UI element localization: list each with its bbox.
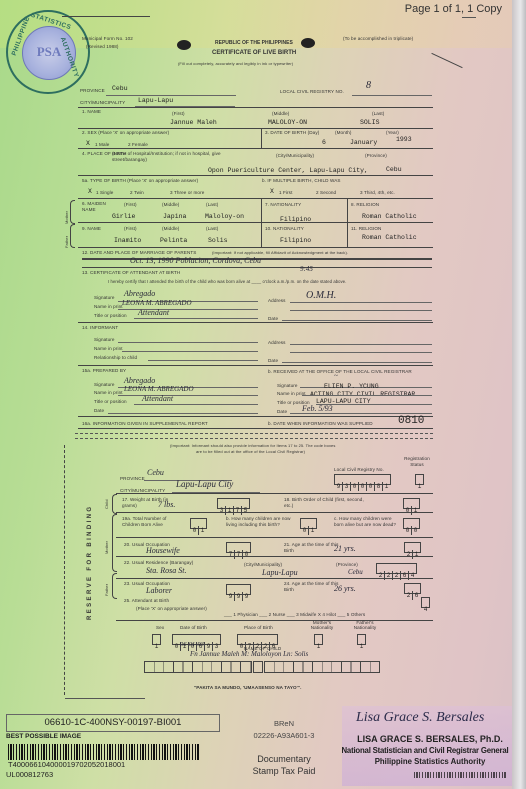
- form-border-top: [78, 107, 433, 108]
- child-first-name: Jannue Maleh: [170, 119, 217, 126]
- dob-year-label: (Year): [386, 130, 399, 135]
- prepared-label: 15a. PREPARED BY: [82, 368, 126, 373]
- signatory-title: National Statistician and Civil Registra…: [330, 746, 520, 755]
- mnat-code-box: 1: [314, 634, 323, 645]
- middle-initial-box: [253, 661, 263, 673]
- attendant-title-line: [134, 318, 258, 319]
- bren-label: BReN: [244, 719, 324, 728]
- type-label: 5a. TYPE OF BIRTH (Place 'X' on appropri…: [82, 178, 198, 183]
- residence-boxes: 22264: [376, 563, 417, 574]
- rule-3: [78, 175, 433, 176]
- ul-number: UL000812763: [6, 770, 53, 779]
- informant-address-line-2: [290, 352, 432, 353]
- sex-mark: X: [86, 140, 90, 147]
- mother-religion-label: 8. RELIGION: [351, 202, 379, 207]
- coding-status-label: Registration Status: [400, 456, 434, 468]
- informant-date-label: Date: [268, 358, 278, 363]
- code-cell: 3: [343, 482, 351, 491]
- received-label: b. RECEIVED AT THE OFFICE OF THE LOCAL C…: [268, 369, 412, 374]
- pen-mark: [431, 53, 462, 68]
- prepared-title-line: [134, 404, 258, 405]
- sex-code-label: Sex: [156, 625, 164, 630]
- attendant-code-box: 4: [421, 597, 430, 608]
- certificate-title: CERTIFICATE OF LIVE BIRTH: [212, 50, 296, 56]
- binding-bottom-line: [65, 698, 145, 699]
- rule-8: [78, 322, 433, 323]
- coding-lcr-boxes: 9300081: [334, 474, 391, 485]
- code-cell: 2: [405, 550, 413, 559]
- multiple-second: 2 Second: [316, 190, 336, 195]
- prepared-title: Attendant: [142, 394, 173, 403]
- code-cell: 9: [243, 592, 250, 601]
- dob-hand: 06-01-93: [180, 641, 204, 648]
- multiple-first: 1 First: [279, 190, 292, 195]
- code-cell: 1: [358, 642, 365, 651]
- city-value: Lapu-Lapu: [138, 97, 173, 104]
- marriage-label: 12. DATE AND PLACE OF MARRIAGE OF PARENT…: [82, 250, 196, 255]
- weight-hand: 7 lbs.: [158, 500, 175, 509]
- father-first: Inamito: [114, 237, 141, 244]
- child-last-name: SOLIS: [360, 119, 380, 126]
- attendant-signature: Abregado: [124, 289, 155, 298]
- attendant-at-birth-hint: (Place 'X' on appropriate answer): [136, 606, 207, 611]
- coding-note-2: are to be filled out at the office of th…: [196, 449, 305, 454]
- prepared-name: LEONA M. ABREGADO: [124, 385, 194, 393]
- father-last: Solis: [208, 237, 228, 244]
- informant-signature-label: Signature: [94, 337, 115, 342]
- m-age: 21 yrs.: [334, 544, 356, 553]
- dob-code-label: Date of Birth: [180, 625, 207, 630]
- triplicate-note: (To be accomplished in triplicate): [343, 36, 413, 41]
- informant-label: 14. INFORMANT: [82, 325, 118, 330]
- coding-mother-label: Mother: [104, 541, 109, 554]
- dead-boxes: 00: [403, 518, 420, 529]
- rule-9: [78, 365, 433, 366]
- rule-6: [78, 247, 433, 248]
- coding-rule-3: [116, 537, 433, 538]
- best-possible-image: BEST POSSIBLE IMAGE: [6, 733, 81, 740]
- sex-divider: [261, 128, 262, 148]
- form-number: Municipal Form No. 102: [82, 36, 133, 41]
- child-middle-name: MALOLOY-ON: [268, 119, 307, 126]
- rule-4: [78, 198, 433, 199]
- coding-rule-1: [116, 493, 433, 494]
- attendant-address-label: Address: [268, 298, 286, 303]
- code-cell: 9: [335, 482, 343, 491]
- code-cell: 0: [404, 526, 412, 535]
- sex-female-option: 2 Female: [128, 142, 148, 147]
- code-cell: 0: [243, 550, 250, 559]
- attendant-label: 13. CERTIFICATE OF ATTENDANT AT BIRTH: [82, 270, 180, 275]
- bren-value: 02226-A93A601-3: [236, 731, 332, 740]
- code-cell: 1: [416, 482, 423, 491]
- m-occupation-boxes: 770: [226, 542, 251, 553]
- received-name-line: [302, 395, 432, 396]
- received-date: Feb. 5/93: [302, 404, 333, 413]
- pob-province: Cebu: [386, 166, 402, 173]
- doc-stamp-line-2: Stamp Tax Paid: [236, 766, 332, 776]
- weight-boxes: 3175: [217, 498, 250, 509]
- name-first-label: (First): [172, 111, 185, 116]
- supplied-value: 0810: [398, 415, 424, 427]
- code-cell: 1: [383, 482, 390, 491]
- type-triplet: 3 Three or more: [170, 190, 204, 195]
- father-last-label: (Last): [206, 226, 218, 231]
- code-cell: 0: [367, 482, 375, 491]
- received-signature-label: Signature: [277, 383, 298, 388]
- pob-hint: (Name of Hospital/Institution; if not in…: [94, 151, 252, 163]
- mother-code-brace: [112, 514, 117, 572]
- attendant-address-line-2: [290, 310, 432, 311]
- province-line: [106, 95, 236, 96]
- signatory-name: LISA GRACE S. BERSALES, Ph.D.: [340, 734, 520, 744]
- mother-brace: [70, 200, 75, 224]
- mother-middle: Japina: [163, 213, 186, 220]
- republic-label: REPUBLIC OF THE PHILIPPINES: [215, 40, 293, 46]
- dead-label: c. How many children were born alive but…: [334, 516, 400, 528]
- coding-province-label: PROVINCE: [120, 476, 145, 481]
- prepared-date-label: Date: [94, 408, 104, 413]
- coding-city: Lapu-Lapu City: [176, 479, 233, 489]
- mother-first-label: (First): [124, 202, 137, 207]
- pob-code-label: Place of Birth: [244, 625, 273, 630]
- living-label: b. How many children are now living incl…: [226, 516, 296, 528]
- punch-hole-right: [301, 38, 315, 48]
- mother-name-label: 6. MAIDEN NAME: [82, 201, 108, 213]
- mother-last-label: (Last): [206, 202, 218, 207]
- supplied-label: b. DATE WHEN INFORMATION WAS SUPPLIED: [268, 421, 373, 426]
- code-cell: 7: [234, 506, 242, 515]
- f-occupation: Laborer: [146, 586, 172, 595]
- attendant-signature-label: Signature: [94, 295, 115, 300]
- reserve-for-binding-label: RESERVE FOR BINDING: [87, 505, 93, 621]
- code-cell: 0: [412, 526, 419, 535]
- code-cell: 6: [413, 591, 420, 600]
- rule-10: [78, 416, 433, 417]
- pob-code-boxes: 07226: [237, 634, 278, 645]
- attendant-date-label: Date: [268, 316, 278, 321]
- signatory-org: Philippine Statistics Authority: [340, 757, 520, 766]
- form-revised: (Revised 1988): [86, 44, 119, 49]
- mother-last: Maloloy-on: [205, 213, 244, 220]
- attendant-statement: I hereby certify that I attended the bir…: [108, 279, 347, 284]
- father-middle: Pelinta: [160, 237, 187, 244]
- dob-label: 3. DATE OF BIRTH (Day): [265, 130, 319, 135]
- code-cell: 1: [412, 506, 419, 515]
- coding-province: Cebu: [147, 468, 164, 477]
- dob-month: January: [350, 139, 377, 146]
- father-section-label: Father: [64, 236, 69, 248]
- psa-seal: PSA PHILIPPINE STATISTICS AUTHORITY: [6, 10, 90, 94]
- father-nationality-label: 10. NATIONALITY: [265, 226, 304, 231]
- mother-middle-label: (Middle): [162, 202, 179, 207]
- registrar-signature: Lisa Grace S. Bersales: [356, 710, 484, 726]
- father-brace: [70, 224, 75, 248]
- res-province-label: (Province): [336, 562, 358, 567]
- type-single: 1 Single: [96, 190, 113, 195]
- coding-child-label: Child: [104, 499, 109, 509]
- informant-date-line: [282, 362, 432, 363]
- sex-label: 2. SEX (Place 'X' on appropriate answer): [82, 130, 169, 135]
- attendant-at-birth-label: 25. Attendant at Birth: [124, 598, 169, 603]
- code-cell: 4: [422, 605, 429, 614]
- code-cell: 7: [227, 550, 235, 559]
- father-middle-label: (Middle): [162, 226, 179, 231]
- tear-line-1: [75, 433, 433, 434]
- coding-rule-2: [116, 512, 433, 513]
- marriage-hint: (Important: If not applicable, fill Affi…: [212, 250, 348, 255]
- attendant-name: LEONA M. ABREGADO: [122, 299, 192, 307]
- name-of-child-boxes: [144, 661, 380, 673]
- code-cell: 0: [301, 526, 309, 535]
- order-label: 18. Birth Order of Child (first, second,…: [284, 497, 364, 509]
- father-religion-label: 11. RELIGION: [351, 226, 381, 231]
- res-city-label: (City/Municipality): [244, 562, 282, 567]
- code-cell: 3: [218, 506, 226, 515]
- top-rule: [62, 16, 150, 17]
- name-last-label: (Last): [372, 111, 384, 116]
- received-date-label: Date: [277, 409, 287, 414]
- marriage-value: Oct. 13, 1990 Poblacion, Cordova, Cebu: [130, 256, 261, 265]
- fnat-code-label: Father's Nationality: [348, 620, 382, 630]
- doc-stamp-line-1: Documentary: [236, 754, 332, 764]
- page-underline: [462, 17, 476, 18]
- code-cell: 9: [235, 592, 243, 601]
- last-name-boxes: [264, 661, 380, 673]
- father-nationality: Filipino: [280, 237, 311, 244]
- fill-instruction: (Fill out completely, accurately and leg…: [178, 61, 293, 66]
- mother-first: Girlie: [112, 213, 135, 220]
- child-brace: [112, 494, 117, 514]
- pob-city-label: (City/Municipality): [276, 153, 314, 158]
- page-indicator: Page 1 of 1, 1 Copy: [405, 3, 502, 15]
- rule-7: [82, 267, 432, 268]
- code-cell: 1: [315, 642, 322, 651]
- total-born-label: 19a. Total Number of Children Born Alive: [122, 516, 176, 528]
- order-boxes: 01: [403, 498, 420, 509]
- rule-2: [78, 148, 433, 149]
- coding-status-box: 1: [415, 474, 424, 485]
- barcode: [8, 744, 200, 760]
- province-value: Cebu: [112, 85, 128, 92]
- attendant-title: Attendant: [138, 308, 169, 317]
- sex-male-option: 1 Male: [95, 142, 109, 147]
- dob-day: 6: [322, 139, 326, 146]
- name-middle-label: (Middle): [272, 111, 289, 116]
- small-barcode: [414, 772, 506, 778]
- attendant-options: ___ 1 Physician ___ 2 Nurse ___ 3 Midwif…: [224, 612, 365, 617]
- coding-father-label: Father: [104, 584, 109, 596]
- code-cell: 1: [413, 550, 420, 559]
- barcode-text: T400066104000019702052018001: [8, 760, 125, 769]
- first-name-boxes: [144, 661, 252, 673]
- received-title-line: [316, 404, 432, 405]
- coding-rule-6: [116, 620, 433, 621]
- dob-month-label: (Month): [335, 130, 352, 135]
- pob-value: Opon Puericulture Center, Lapu-Lapu City…: [208, 167, 368, 174]
- father-code-brace: [112, 573, 117, 599]
- attendant-address-line-1: [290, 302, 432, 303]
- informant-name-label: Name in print: [94, 346, 123, 351]
- prepared-title-label: Title or position: [94, 399, 127, 404]
- lcr-value: 8: [366, 80, 371, 91]
- total-born-boxes: 01: [190, 518, 207, 529]
- attendant-time: 9:45: [300, 265, 313, 273]
- received-signature: ~: [334, 372, 338, 380]
- code-cell: 2: [405, 591, 413, 600]
- informant-name-line: [122, 351, 258, 352]
- multiple-mark: X: [270, 188, 274, 195]
- residence-label: 22. Usual Residence (Barangay): [124, 560, 193, 565]
- code-cell: 1: [153, 642, 160, 651]
- informant-relationship-line: [148, 360, 258, 361]
- tear-line-2: [75, 438, 433, 439]
- father-religion: Roman Catholic: [362, 234, 417, 241]
- fnat-code-box: 1: [357, 634, 366, 645]
- supplemental-label: 16a. INFORMATION GIVEN IN SUPPLEMENTAL R…: [82, 421, 208, 426]
- binding-margin-line: [64, 445, 65, 695]
- residence: Sta. Rosa St.: [146, 566, 186, 575]
- mother-section-label: Mother: [64, 211, 69, 224]
- res-city: Lapu-Lapu: [262, 568, 298, 577]
- attendant-title-label: Title or position: [94, 313, 127, 318]
- rule-5: [78, 222, 433, 223]
- multiple-third: 3 Third, 4th, etc.: [360, 190, 395, 195]
- type-twin: 2 Twin: [130, 190, 144, 195]
- coding-note-1: (Important: Informant should also provid…: [170, 443, 335, 448]
- code-cell: 1: [309, 526, 316, 535]
- province-label: PROVINCE: [80, 88, 105, 93]
- city-label: CITY/MUNICIPALITY: [80, 100, 125, 105]
- name-of-child-hand: Fn Jannue Maleh M: Maloloyon Ln: Solis: [190, 650, 308, 658]
- coding-rule-4: [116, 556, 433, 557]
- type-mark: X: [88, 188, 92, 195]
- scanner-edge: [512, 0, 526, 789]
- prepared-signature-label: Signature: [94, 382, 115, 387]
- lcr-line: [352, 95, 432, 96]
- code-cell: 0: [191, 526, 199, 535]
- prepared-name-line: [118, 395, 258, 396]
- slogan: "PAKITA SA MUNDO, 'UMAASENSO NA TAYO'".: [194, 685, 302, 690]
- punch-hole-left: [177, 40, 191, 50]
- attendant-date-line: [282, 320, 432, 321]
- parents-divider-1: [261, 198, 262, 248]
- res-province: Cebu: [348, 568, 363, 576]
- informant-address-label: Address: [268, 340, 286, 345]
- control-number: 06610-1C-400NSY-00197-BI001: [6, 714, 220, 732]
- informant-relationship-label: Relationship to child: [94, 355, 137, 360]
- f-age-boxes: 26: [404, 583, 421, 594]
- name-label: 1. NAME: [82, 109, 101, 114]
- code-cell: 0: [351, 482, 359, 491]
- mother-nationality-label: 7. NATIONALITY: [265, 202, 301, 207]
- code-cell: 1: [226, 506, 234, 515]
- m-occupation: Housewife: [146, 546, 180, 555]
- informant-signature-line: [118, 342, 258, 343]
- mother-religion: Roman Catholic: [362, 213, 417, 220]
- coding-lcr-label: Local Civil Registry No.: [334, 467, 384, 472]
- living-boxes: 01: [300, 518, 317, 529]
- code-cell: 8: [375, 482, 383, 491]
- m-age-boxes: 21: [404, 542, 421, 553]
- code-cell: 7: [235, 550, 243, 559]
- dob-year: 1993: [396, 136, 412, 143]
- received-date-line: [290, 413, 432, 414]
- sex-code-box: 1: [152, 634, 161, 645]
- pob-province-label: (Province): [365, 153, 387, 158]
- father-first-label: (First): [124, 226, 137, 231]
- code-cell: 5: [242, 506, 249, 515]
- prepared-date-line: [108, 413, 258, 414]
- multiple-label: b. IF MULTIPLE BIRTH, CHILD WAS: [262, 178, 341, 183]
- lcr-label: LOCAL CIVIL REGISTRY NO.: [280, 89, 344, 94]
- coding-rule-5: [116, 578, 433, 579]
- code-cell: 0: [404, 506, 412, 515]
- informant-address-line-1: [290, 344, 432, 345]
- received-name: ELIEN P. YCUNG: [324, 383, 379, 390]
- attendant-address: O.M.H.: [306, 290, 336, 301]
- rule-1: [78, 128, 433, 129]
- parents-divider-2: [347, 198, 348, 248]
- code-cell: 0: [359, 482, 367, 491]
- code-cell: 1: [199, 526, 206, 535]
- rule-11: [78, 428, 433, 429]
- prepared-signature: Abregado: [124, 376, 155, 385]
- f-age: 26 yrs.: [334, 584, 356, 593]
- code-cell: 9: [227, 592, 235, 601]
- mnat-code-label: Mother's Nationality: [305, 620, 339, 630]
- f-occupation-boxes: 999: [226, 584, 251, 595]
- father-name-label: 9. NAME: [82, 226, 101, 231]
